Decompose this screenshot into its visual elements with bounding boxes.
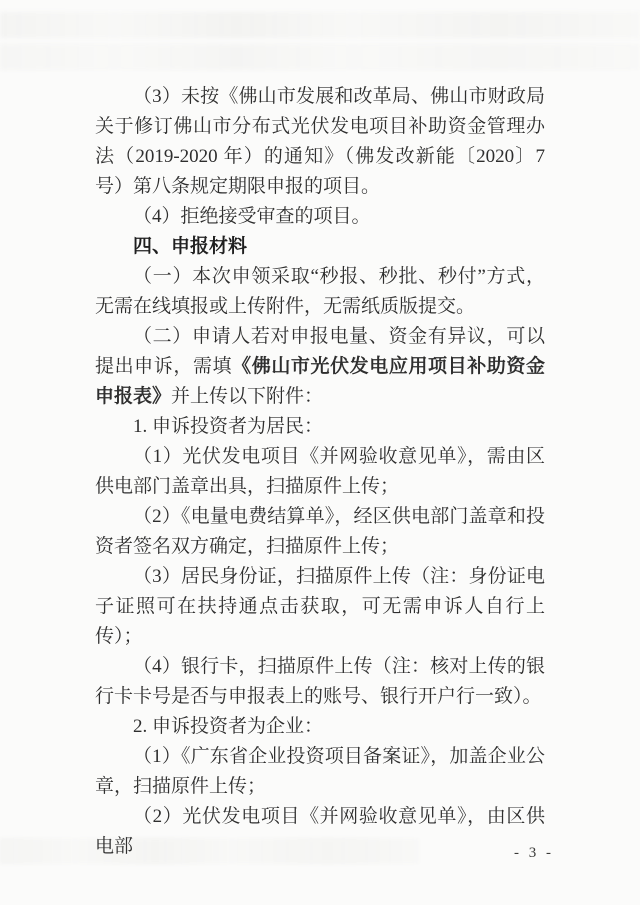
subheading-appellant-resident: 1. 申诉投资者为居民：	[95, 412, 545, 442]
scan-noise-artifact	[0, 44, 640, 70]
paragraph-resident-attachment-4: （4）银行卡，扫描原件上传（注：核对上传的银行卡卡号是否与申报表上的账号、银行开…	[95, 652, 545, 712]
appeal-text-after-title: 并上传以下附件：	[171, 386, 323, 407]
scan-noise-artifact	[0, 12, 640, 38]
paragraph-appeal-and-form: （二）申请人若对申报电量、资金有异议，可以提出申诉，需填《佛山市光伏发电应用项目…	[95, 322, 545, 412]
paragraph-enterprise-attachment-2: （2）光伏发电项目《并网验收意见单》，由区供电部	[95, 802, 545, 862]
paragraph-instant-claim-method: （一）本次申领采取“秒报、秒批、秒付”方式，无需在线填报或上传附件，无需纸质版提…	[95, 262, 545, 322]
paragraph-resident-attachment-2: （2）《电量电费结算单》，经区供电部门盖章和投资者签名双方确定，扫描原件上传；	[95, 502, 545, 562]
paragraph-resident-attachment-1: （1）光伏发电项目《并网验收意见单》，需由区供电部门盖章出具，扫描原件上传；	[95, 442, 545, 502]
paragraph-exclusion-item-4: （4）拒绝接受审查的项目。	[95, 202, 545, 232]
document-body: （3）未按《佛山市发展和改革局、佛山市财政局关于修订佛山市分布式光伏发电项目补助…	[95, 82, 545, 862]
page-number: - 3 -	[492, 845, 576, 862]
document-page: （3）未按《佛山市发展和改革局、佛山市财政局关于修订佛山市分布式光伏发电项目补助…	[0, 0, 640, 905]
subheading-appellant-enterprise: 2. 申诉投资者为企业：	[95, 712, 545, 742]
paragraph-resident-attachment-3: （3）居民身份证，扫描原件上传（注：身份证电子证照可在扶持通点击获取，可无需申诉…	[95, 562, 545, 652]
section-heading-application-materials: 四、申报材料	[95, 232, 545, 262]
paragraph-enterprise-attachment-1: （1）《广东省企业投资项目备案证》，加盖企业公章，扫描原件上传；	[95, 742, 545, 802]
paragraph-exclusion-item-3: （3）未按《佛山市发展和改革局、佛山市财政局关于修订佛山市分布式光伏发电项目补助…	[95, 82, 545, 202]
